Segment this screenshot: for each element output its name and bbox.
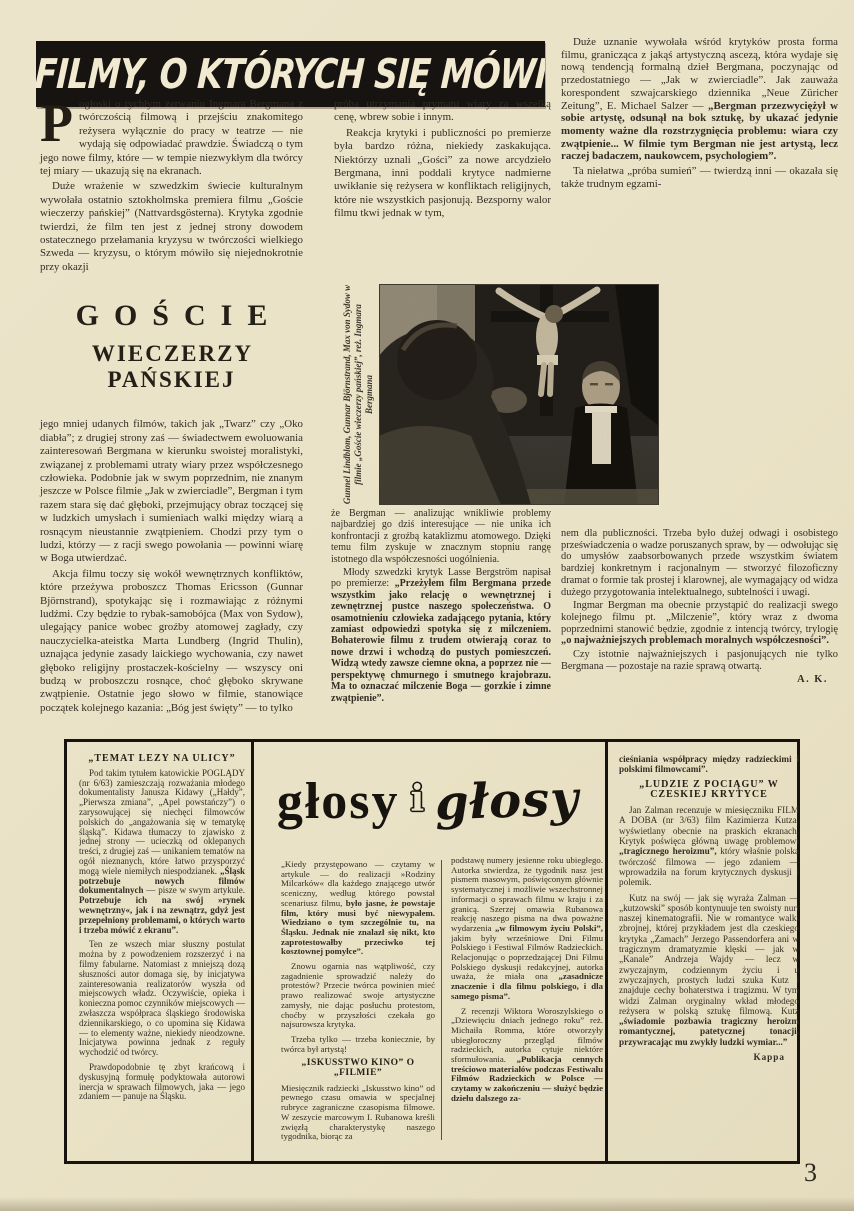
paragraph: Duże uznanie wywołała wśród krytyków pro… bbox=[561, 36, 838, 163]
page-number: 3 bbox=[804, 1158, 817, 1188]
paragraph: Ten ze wszech miar słuszny postulat możn… bbox=[79, 940, 245, 1058]
paragraph: „Kiedy przystępowano — czytamy w artykul… bbox=[281, 860, 435, 957]
paragraph: Kutz na swój — jak się wyraża Zalman — „… bbox=[619, 893, 799, 1047]
glosy-word-serif: głosy bbox=[277, 772, 400, 831]
article-title: FILMY, O KTÓRYCH SIĘ MÓWI bbox=[36, 50, 545, 98]
column-middle-bottom: że Bergman — analizując wnikliwie proble… bbox=[331, 508, 551, 704]
paragraph-continuation: cieśniania współpracy między radzieckimi… bbox=[619, 754, 799, 775]
column-divider bbox=[441, 860, 442, 1140]
paragraph: Młody szwedzki krytyk Lasse Bergström na… bbox=[331, 567, 551, 704]
paragraph: podstawę numery jesienne roku ubiegłego.… bbox=[451, 856, 603, 1002]
brief-heading-temat: „TEMAT LEŻY NA ULICY” bbox=[79, 754, 245, 764]
glosy-word-outline-i: i bbox=[411, 778, 425, 820]
film-still-photo bbox=[379, 284, 659, 505]
column-right-top: Duże uznanie wywołała wśród krytyków pro… bbox=[561, 36, 838, 190]
film-title-heading-line2: WIECZERZY PAŃSKIEJ bbox=[40, 341, 303, 393]
paragraph: Reakcja krytyki i publiczności po premie… bbox=[334, 127, 551, 221]
box-column-temat: „TEMAT LEŻY NA ULICY” Pod takim tytułem … bbox=[79, 754, 245, 1152]
column-right-bottom: nem dla publiczności. Trzeba było dużej … bbox=[561, 528, 838, 686]
photo-caption: Gunnel Lindblom, Gunnar Björnstrand, Max… bbox=[342, 284, 378, 505]
box-column-middle-right: podstawę numery jesienne roku ubiegłego.… bbox=[451, 856, 603, 1152]
paragraph: Ta niełatwa „próba sumień” — twierdzą in… bbox=[561, 165, 838, 190]
film-title-heading-line1: GOŚCIE bbox=[40, 301, 303, 331]
paragraph: Ingmar Bergman ma obecnie przystąpić do … bbox=[561, 600, 838, 647]
column-middle-top: próba utrzymania prymatu wiary za wszelk… bbox=[334, 98, 551, 221]
paragraph: Prawdopodobnie tę zbyt krańcową i dyskus… bbox=[79, 1063, 245, 1102]
column-divider bbox=[605, 742, 608, 1161]
paragraph: jego mniej udanych filmów, takich jak „T… bbox=[40, 418, 303, 565]
paragraph: Miesięcznik radziecki „Iskusstwo kino” o… bbox=[281, 1084, 435, 1142]
paragraph: próba utrzymania prymatu wiary za wszelk… bbox=[334, 98, 551, 125]
paragraph: Trzeba tylko — trzeba koniecznie, by twó… bbox=[281, 1035, 435, 1054]
box-column-ludzie: cieśniania współpracy między radzieckimi… bbox=[619, 754, 799, 1152]
paragraph: Akcja filmu toczy się wokół wewnętrznych… bbox=[40, 568, 303, 715]
paragraph: nem dla publiczności. Trzeba było dużej … bbox=[561, 528, 838, 598]
lead-paragraph: Pogłoski o rychłym zerwaniu Ingmara Berg… bbox=[40, 98, 303, 178]
drop-cap: P bbox=[40, 102, 73, 145]
brief-heading-iskusstvo: „ISKUSSTWO KINO” O „FILMIE” bbox=[281, 1059, 435, 1078]
paragraph: Duże wrażenie w szwedzkim świecie kultur… bbox=[40, 180, 303, 274]
column-left: Pogłoski o rychłym zerwaniu Ingmara Berg… bbox=[40, 98, 303, 715]
paragraph: Z recenzji Wiktora Woroszylskiego o „Dzi… bbox=[451, 1007, 603, 1104]
paragraph: Jan Zalman recenzuje w miesięczniku FILM… bbox=[619, 805, 799, 887]
author-signature: A. K. bbox=[561, 674, 838, 686]
author-signature: Kappa bbox=[619, 1052, 799, 1062]
news-briefs-box: głosy i głosy „TEMAT LEŻY NA ULICY” Pod … bbox=[64, 739, 800, 1164]
glosy-word-script: głosy bbox=[434, 771, 580, 832]
paragraph: Znowu ogarnia nas wątpliwość, czy zagadn… bbox=[281, 962, 435, 1030]
brief-heading-ludzie: „LUDZIE Z POCIĄGU” W CZESKIEJ KRYTYCE bbox=[619, 780, 799, 801]
box-column-middle-left: „Kiedy przystępowano — czytamy w artykul… bbox=[281, 860, 435, 1152]
glosy-section-header: głosy i głosy bbox=[251, 750, 605, 852]
paragraph: Pod takim tytułem katowickie POGLĄDY (nr… bbox=[79, 769, 245, 936]
paragraph: że Bergman — analizując wnikliwie proble… bbox=[331, 508, 551, 565]
magazine-page: FILMY, O KTÓRYCH SIĘ MÓWI Pogłoski o ryc… bbox=[0, 0, 854, 1211]
paragraph: Czy istotnie najważniejszych i pasjonują… bbox=[561, 649, 838, 672]
